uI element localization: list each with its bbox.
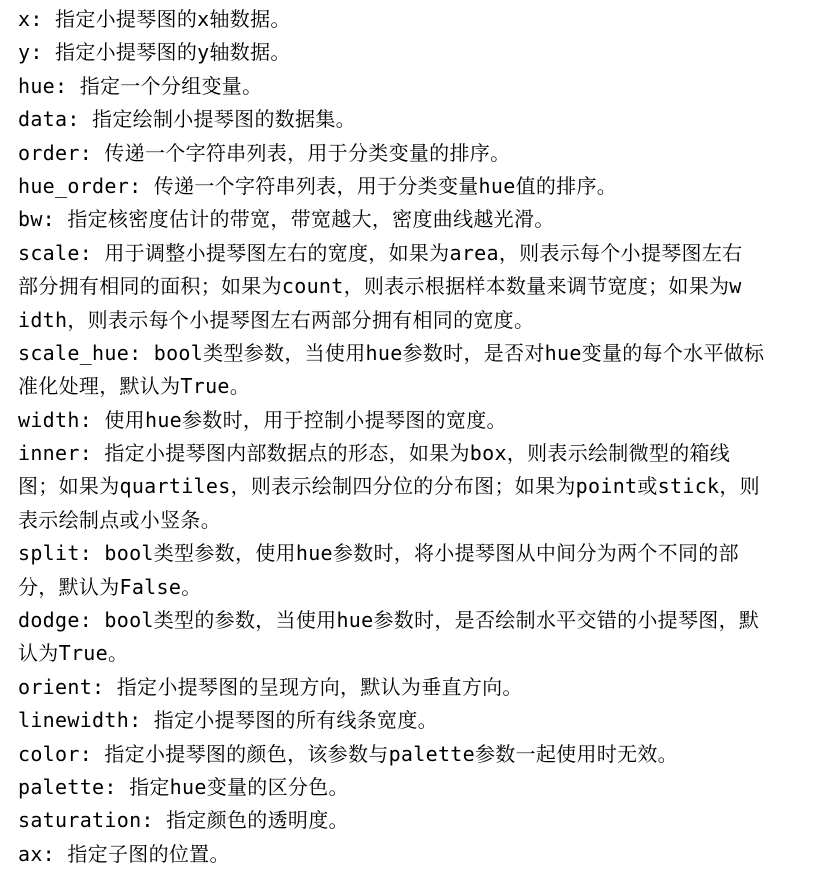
doc-text-line: idth，则表示每个小提琴图左右两部分拥有相同的宽度。 [18,304,827,337]
doc-text-line: x: 指定小提琴图的x轴数据。 [18,3,827,36]
doc-text-line: 图；如果为quartiles，则表示绘制四分位的分布图；如果为point或sti… [18,470,827,503]
doc-text-line: palette: 指定hue变量的区分色。 [18,771,827,804]
doc-text-line: 准化处理，默认为True。 [18,370,827,403]
doc-text-line: scale: 用于调整小提琴图左右的宽度，如果为area，则表示每个小提琴图左右 [18,237,827,270]
doc-text-line: hue: 指定一个分组变量。 [18,70,827,103]
doc-text-line: linewidth: 指定小提琴图的所有线条宽度。 [18,704,827,737]
doc-text-line: ax: 指定子图的位置。 [18,838,827,871]
doc-text-line: hue_order: 传递一个字符串列表，用于分类变量hue值的排序。 [18,170,827,203]
doc-text-line: inner: 指定小提琴图内部数据点的形态，如果为box，则表示绘制微型的箱线 [18,437,827,470]
doc-text-line: width: 使用hue参数时，用于控制小提琴图的宽度。 [18,404,827,437]
doc-text-line: bw: 指定核密度估计的带宽，带宽越大，密度曲线越光滑。 [18,203,827,236]
doc-text-line: y: 指定小提琴图的y轴数据。 [18,36,827,69]
parameter-lines: x: 指定小提琴图的x轴数据。y: 指定小提琴图的y轴数据。hue: 指定一个分… [18,3,827,871]
doc-text-line: dodge: bool类型的参数，当使用hue参数时，是否绘制水平交错的小提琴图… [18,604,827,637]
doc-text-line: color: 指定小提琴图的颜色，该参数与palette参数一起使用时无效。 [18,738,827,771]
doc-text-line: order: 传递一个字符串列表，用于分类变量的排序。 [18,137,827,170]
doc-text-line: 分，默认为False。 [18,571,827,604]
doc-text-line: split: bool类型参数，使用hue参数时，将小提琴图从中间分为两个不同的… [18,537,827,570]
doc-text-line: data: 指定绘制小提琴图的数据集。 [18,103,827,136]
doc-text-line: 认为True。 [18,637,827,670]
doc-text-line: 表示绘制点或小竖条。 [18,504,827,537]
doc-text-line: 部分拥有相同的面积；如果为count，则表示根据样本数量来调节宽度；如果为w [18,270,827,303]
doc-text-line: scale_hue: bool类型参数，当使用hue参数时，是否对hue变量的每… [18,337,827,370]
parameter-document: x: 指定小提琴图的x轴数据。y: 指定小提琴图的y轴数据。hue: 指定一个分… [0,0,837,871]
doc-text-line: orient: 指定小提琴图的呈现方向，默认为垂直方向。 [18,671,827,704]
doc-text-line: saturation: 指定颜色的透明度。 [18,804,827,837]
